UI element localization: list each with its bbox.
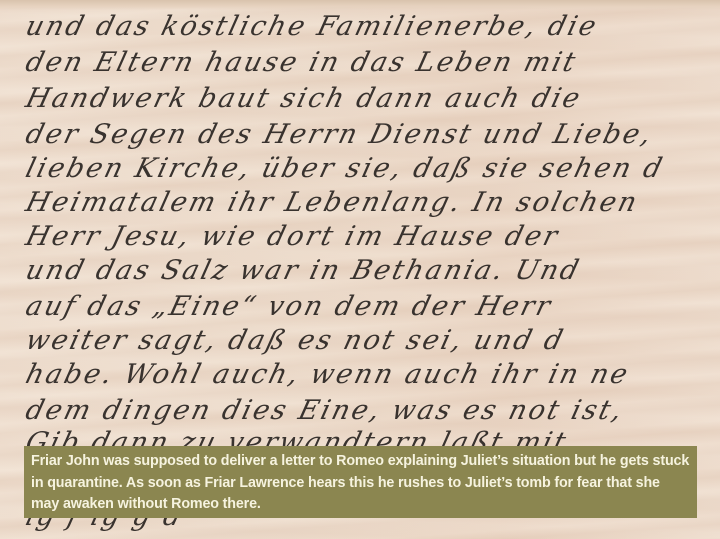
script-line-7: Herr Jesu, wie dort im Hause der [22, 220, 720, 254]
script-line-6: Heimatalem ihr Lebenlang. In solchen [22, 186, 720, 220]
script-line-2: den Eltern hause in das Leben mit [22, 46, 720, 80]
script-line-10: weiter sagt, daß es not sei, und d [22, 324, 720, 358]
script-line-5: lieben Kirche, über sie, daß sie sehen d [22, 152, 720, 186]
script-line-9: auf das „Eine“ von dem der Herr [22, 290, 720, 324]
caption-text: Friar John was supposed to deliver a let… [31, 451, 691, 516]
script-line-4: der Segen des Herrn Dienst und Liebe, [22, 118, 720, 152]
caption-box: Friar John was supposed to deliver a let… [24, 446, 697, 518]
script-line-12: dem dingen dies Eine, was es not ist, [22, 394, 720, 428]
script-line-1: und das köstliche Familienerbe, die [22, 10, 720, 44]
script-line-8: und das Salz war in Bethania. Und [22, 254, 720, 288]
script-line-11: habe. Wohl auch, wenn auch ihr in ne [22, 358, 720, 392]
script-line-3: Handwerk baut sich dann auch die [22, 82, 720, 116]
